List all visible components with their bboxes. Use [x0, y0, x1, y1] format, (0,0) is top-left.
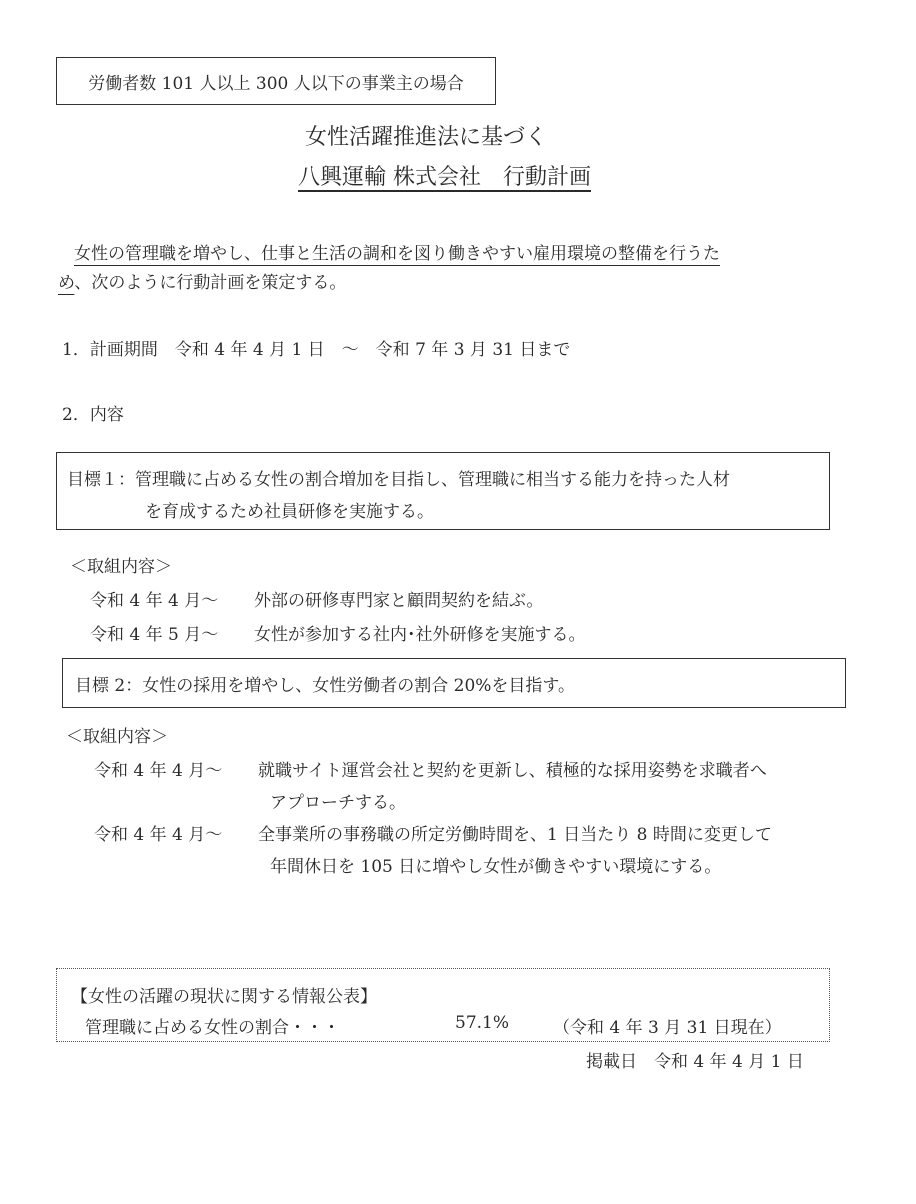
title-line-2: 八興運輸 株式会社 行動計画 [298, 160, 591, 191]
intro-text-1: 女性の管理職を増やし、仕事と生活の調和を図り働きやすい雇用環境の整備を行うた [74, 244, 720, 264]
goal-2-action-1-date: 令和 4 年 4 月～ [94, 756, 222, 781]
disclosure-value: 57.1% [455, 1013, 509, 1033]
goal-1-box: 目標１：管理職に占める女性の割合増加を目指し、管理職に相当する能力を持った人材 … [56, 452, 830, 530]
disclosure-row: 管理職に占める女性の割合・・・ 57.1% （令和 4 年 3 月 31 日現在… [85, 1013, 340, 1038]
goal-1-action-1-text: 外部の研修専門家と顧問契約を結ぶ。 [254, 586, 543, 611]
goal-1-actions-heading: ＜取組内容＞ [70, 552, 172, 577]
goal-2-action-2-text-cont: 年間休日を 105 日に増やし女性が働きやすい環境にする。 [270, 852, 721, 877]
disclosure-box: 【女性の活躍の現状に関する情報公表】 管理職に占める女性の割合・・・ 57.1%… [56, 968, 830, 1042]
intro-line-2: め、次のように行動計画を策定する。 [58, 268, 346, 293]
posted-date: 掲載日 令和 4 年 4 月 1 日 [586, 1047, 804, 1072]
disclosure-label: 管理職に占める女性の割合・・・ [85, 1018, 340, 1038]
goal-2-action-1-text-cont: アプローチする。 [270, 788, 406, 813]
goal-2-action-2-date: 令和 4 年 4 月～ [94, 820, 222, 845]
title-line-1: 女性活躍推進法に基づく [305, 120, 547, 151]
goal-1-text-line-2: を育成するため社員研修を実施する。 [145, 497, 434, 522]
goal-1-action-1-date: 令和 4 年 4 月～ [90, 586, 218, 611]
goal-2-actions-heading: ＜取組内容＞ [66, 722, 168, 747]
intro-underlined-char: め [58, 273, 74, 293]
disclosure-as-of: （令和 4 年 3 月 31 日現在） [553, 1013, 782, 1038]
scope-label-box: 労働者数 101 人以上 300 人以下の事業主の場合 [56, 57, 496, 105]
goal-2-box: 目標 2：女性の採用を増やし、女性労働者の割合 20%を目指す。 [62, 658, 846, 708]
scope-label: 労働者数 101 人以上 300 人以下の事業主の場合 [88, 69, 464, 94]
goal-1-action-2-date: 令和 4 年 5 月～ [90, 620, 218, 645]
content-heading: 2．内容 [62, 400, 124, 425]
goal-1-text-line-1: 目標１：管理職に占める女性の割合増加を目指し、管理職に相当する能力を持った人材 [67, 465, 730, 490]
goal-2-action-2-text: 全事業所の事務職の所定労働時間を、1 日当たり 8 時間に変更して [258, 820, 772, 845]
intro-text-2: 、次のように行動計画を策定する。 [74, 273, 346, 293]
intro-line-1: 女性の管理職を増やし、仕事と生活の調和を図り働きやすい雇用環境の整備を行うた [74, 238, 720, 270]
disclosure-heading: 【女性の活躍の現状に関する情報公表】 [71, 982, 377, 1007]
goal-2-action-1-text: 就職サイト運営会社と契約を更新し、積極的な採用姿勢を求職者へ [258, 756, 767, 781]
plan-period: 1．計画期間 令和 4 年 4 月 1 日 ～ 令和 7 年 3 月 31 日ま… [62, 335, 570, 360]
goal-2-text: 目標 2：女性の採用を増やし、女性労働者の割合 20%を目指す。 [75, 671, 575, 696]
goal-1-action-2-text: 女性が参加する社内･社外研修を実施する。 [254, 620, 586, 645]
